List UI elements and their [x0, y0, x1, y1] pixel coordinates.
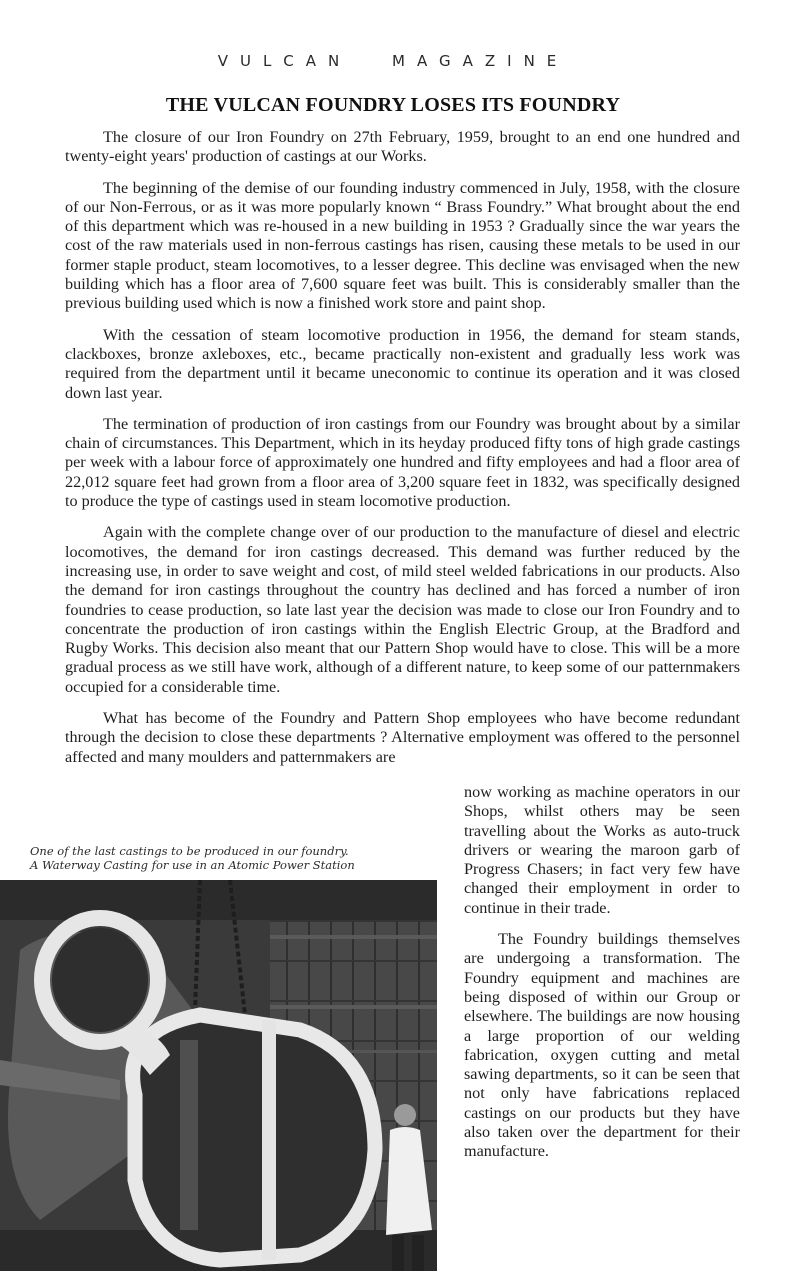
caption-line: One of the last castings to be produced … [30, 844, 420, 858]
magazine-masthead: VULCAN MAGAZINE [0, 52, 786, 70]
article-title: THE VULCAN FOUNDRY LOSES ITS FOUNDRY [0, 94, 786, 117]
paragraph: The beginning of the demise of our found… [65, 179, 740, 314]
article-column: now working as machine operators in our … [464, 783, 740, 1174]
paragraph: now working as machine operators in our … [464, 783, 740, 918]
paragraph: With the cessation of steam locomotive p… [65, 326, 740, 403]
paragraph: The termination of production of iron ca… [65, 415, 740, 511]
figure-caption: One of the last castings to be produced … [30, 844, 420, 872]
paragraph: Again with the complete change over of o… [65, 523, 740, 697]
article-body: The closure of our Iron Foundry on 27th … [65, 128, 740, 767]
casting-photo-image [0, 880, 437, 1271]
masthead-word: MAGAZINE [392, 52, 568, 70]
casting-photograph [0, 880, 437, 1271]
paragraph: The Foundry buildings themselves are und… [464, 930, 740, 1162]
paragraph: What has become of the Foundry and Patte… [65, 709, 740, 767]
masthead-word: VULCAN [218, 52, 352, 70]
caption-line: A Waterway Casting for use in an Atomic … [30, 858, 420, 872]
paragraph: The closure of our Iron Foundry on 27th … [65, 128, 740, 167]
